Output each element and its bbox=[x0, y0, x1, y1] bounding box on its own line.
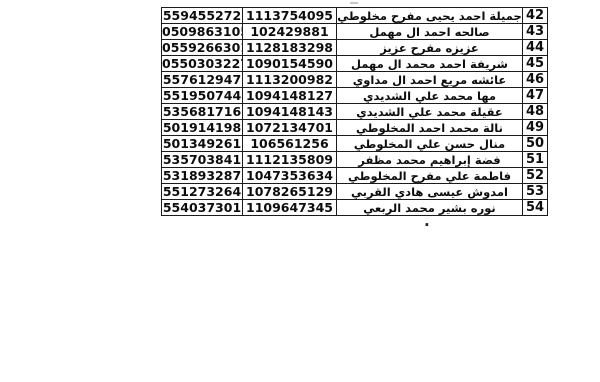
table-row: 05503032272 1090154590 شريفة احمد محمد ا… bbox=[162, 56, 548, 72]
cell-serial: 42 bbox=[523, 8, 548, 24]
cell-number-a: 531893287 bbox=[162, 168, 243, 184]
stray-period-mark: . bbox=[424, 216, 430, 226]
table-row: 0509863105 102429881 صالحه احمد ال مهمل … bbox=[162, 24, 548, 40]
cell-name: امدوش عيسى هادي القربي bbox=[337, 184, 523, 200]
cell-serial: 44 bbox=[523, 40, 548, 56]
cell-serial: 52 bbox=[523, 168, 548, 184]
cell-name: جميلة احمد يحيى مفرح مخلوطي bbox=[337, 8, 523, 24]
table-row: 0559266301 1128183298 عزيزه مفرح عزيز 44 bbox=[162, 40, 548, 56]
cell-number-a: 501349261 bbox=[162, 136, 243, 152]
cell-name: نالة محمد احمد المخلوطي bbox=[337, 120, 523, 136]
table-row: 554037301 1109647345 نوره بشير محمد الرب… bbox=[162, 200, 548, 216]
cell-number-b: 1094148143 bbox=[243, 104, 337, 120]
cell-number-b: 1112135809 bbox=[243, 152, 337, 168]
cell-name: منال حسن علي المخلوطي bbox=[337, 136, 523, 152]
cell-name: عقيلة محمد علي الشديدي bbox=[337, 104, 523, 120]
cell-number-a: 501914198 bbox=[162, 120, 243, 136]
table-row: 559455272 1113754095 جميلة احمد يحيى مفر… bbox=[162, 8, 548, 24]
cell-number-a: 535703841 bbox=[162, 152, 243, 168]
table-row: 531893287 1047353634 فاطمة علي مفرح المخ… bbox=[162, 168, 548, 184]
cell-number-b: 1047353634 bbox=[243, 168, 337, 184]
cell-number-a: 05503032272 bbox=[162, 56, 243, 72]
table-body: 559455272 1113754095 جميلة احمد يحيى مفر… bbox=[162, 8, 548, 216]
cell-number-b: 1090154590 bbox=[243, 56, 337, 72]
table-row: 501349261 106561256 منال حسن علي المخلوط… bbox=[162, 136, 548, 152]
cell-number-b: 1113754095 bbox=[243, 8, 337, 24]
table-row: 551273264 1078265129 امدوش عيسى هادي الق… bbox=[162, 184, 548, 200]
cell-name: فضة إبراهيم محمد مظفر bbox=[337, 152, 523, 168]
cell-number-b: 1109647345 bbox=[243, 200, 337, 216]
table-row: 535681716 1094148143 عقيلة محمد علي الشد… bbox=[162, 104, 548, 120]
cell-number-b: 1113200982 bbox=[243, 72, 337, 88]
cell-number-a: 0559266301 bbox=[162, 40, 243, 56]
cell-number-b: 1072134701 bbox=[243, 120, 337, 136]
cell-name: فاطمة علي مفرح المخلوطي bbox=[337, 168, 523, 184]
table-row: 535703841 1112135809 فضة إبراهيم محمد مظ… bbox=[162, 152, 548, 168]
table-row: 501914198 1072134701 نالة محمد احمد المخ… bbox=[162, 120, 548, 136]
cell-serial: 47 bbox=[523, 88, 548, 104]
cell-number-b: 102429881 bbox=[243, 24, 337, 40]
cell-number-b: 1094148127 bbox=[243, 88, 337, 104]
cell-serial: 45 bbox=[523, 56, 548, 72]
cell-number-b: 1078265129 bbox=[243, 184, 337, 200]
cell-serial: 43 bbox=[523, 24, 548, 40]
cell-number-a: 559455272 bbox=[162, 8, 243, 24]
cell-serial: 54 bbox=[523, 200, 548, 216]
document-table: 559455272 1113754095 جميلة احمد يحيى مفر… bbox=[161, 7, 548, 216]
cell-name: مها محمد علي الشديدي bbox=[337, 88, 523, 104]
cell-number-a: 551950744 bbox=[162, 88, 243, 104]
cell-serial: 50 bbox=[523, 136, 548, 152]
cell-name: عزيزه مفرح عزيز bbox=[337, 40, 523, 56]
cell-name: صالحه احمد ال مهمل bbox=[337, 24, 523, 40]
cell-number-a: 554037301 bbox=[162, 200, 243, 216]
table-row: 551950744 1094148127 مها محمد علي الشديد… bbox=[162, 88, 548, 104]
cell-number-a: 0509863105 bbox=[162, 24, 243, 40]
cell-serial: 53 bbox=[523, 184, 548, 200]
cell-name: عائشه مريع احمد ال مداوي bbox=[337, 72, 523, 88]
cell-serial: 49 bbox=[523, 120, 548, 136]
cell-number-a: 535681716 bbox=[162, 104, 243, 120]
cell-number-a: 551273264 bbox=[162, 184, 243, 200]
cell-serial: 51 bbox=[523, 152, 548, 168]
cell-number-b: 106561256 bbox=[243, 136, 337, 152]
cell-serial: 48 bbox=[523, 104, 548, 120]
scan-speck bbox=[350, 2, 358, 4]
cell-name: شريفة احمد محمد ال مهمل bbox=[337, 56, 523, 72]
cell-number-a: 557612947 bbox=[162, 72, 243, 88]
cell-serial: 46 bbox=[523, 72, 548, 88]
table-row: 557612947 1113200982 عائشه مريع احمد ال … bbox=[162, 72, 548, 88]
cell-number-b: 1128183298 bbox=[243, 40, 337, 56]
